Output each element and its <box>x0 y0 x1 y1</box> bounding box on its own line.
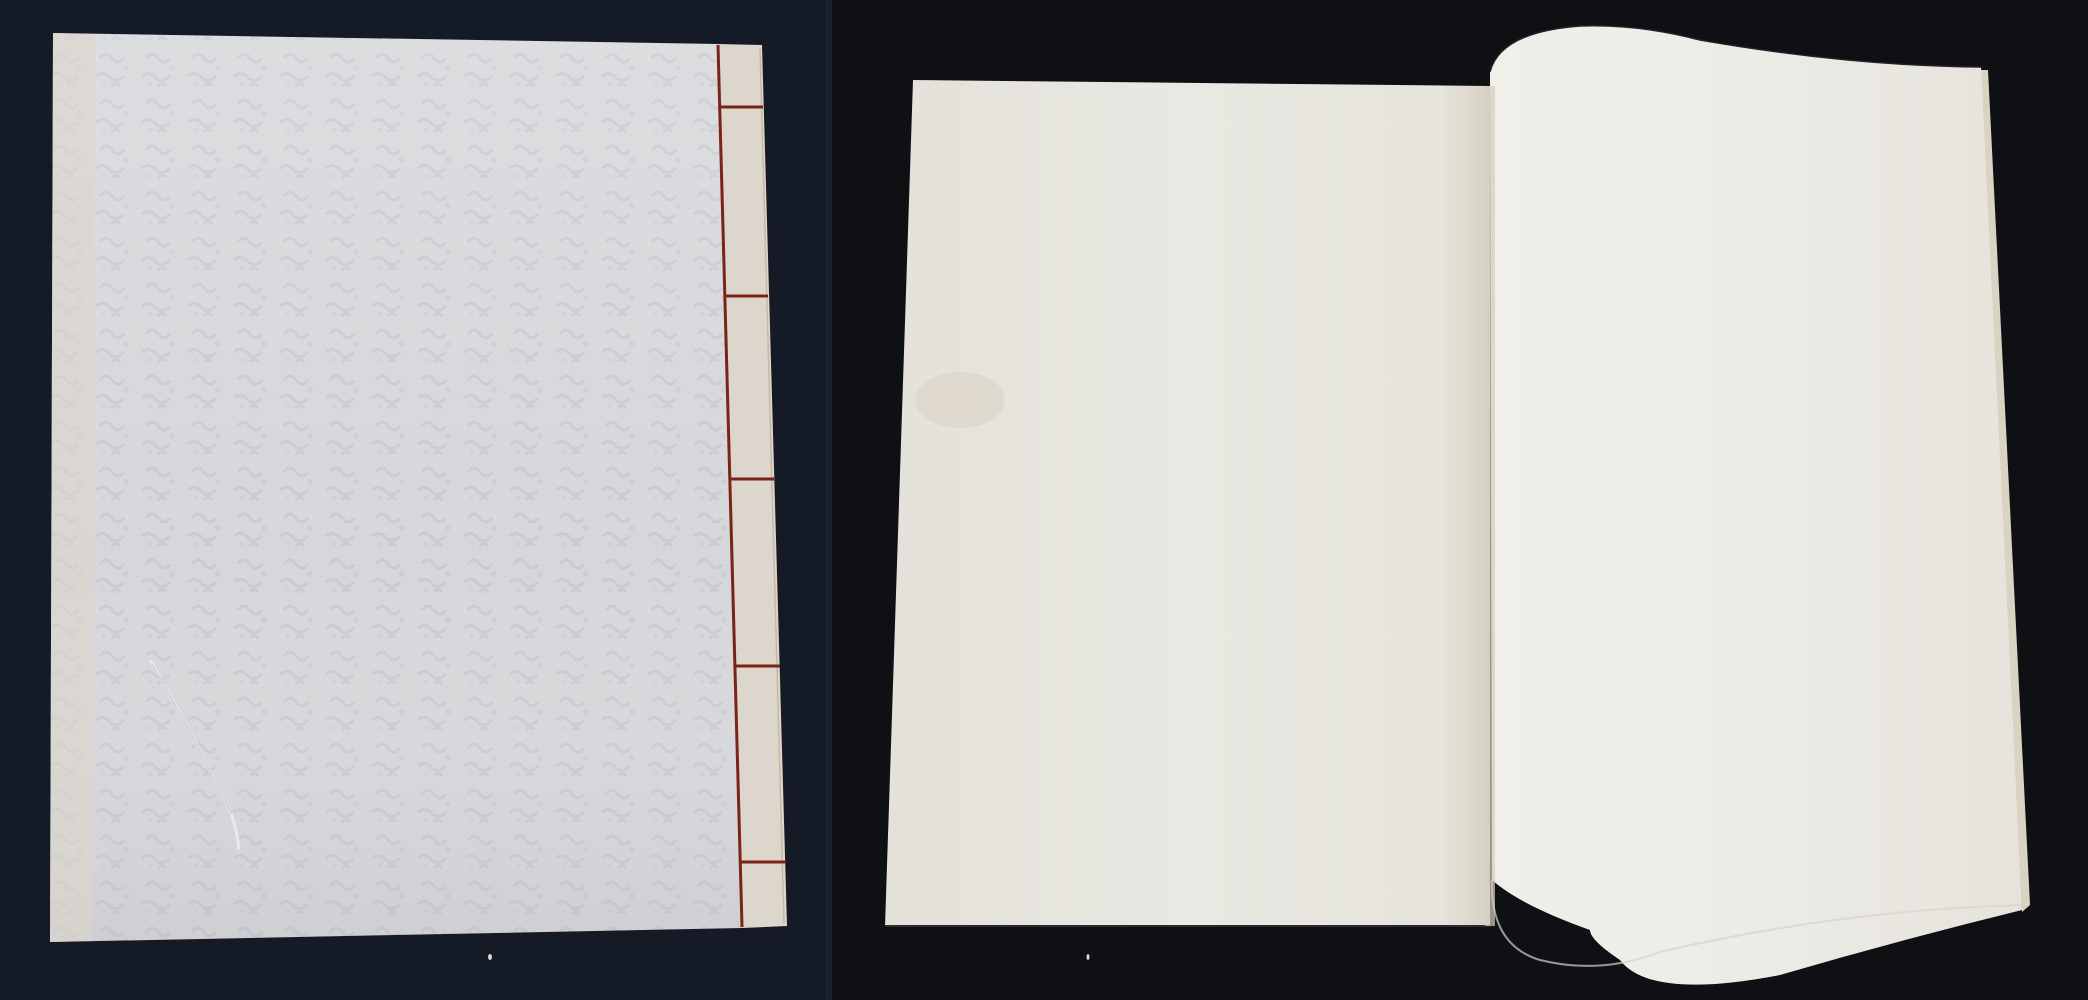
closed-book <box>50 33 790 960</box>
photo-illustration <box>0 0 2088 1000</box>
open-book <box>885 26 2030 985</box>
